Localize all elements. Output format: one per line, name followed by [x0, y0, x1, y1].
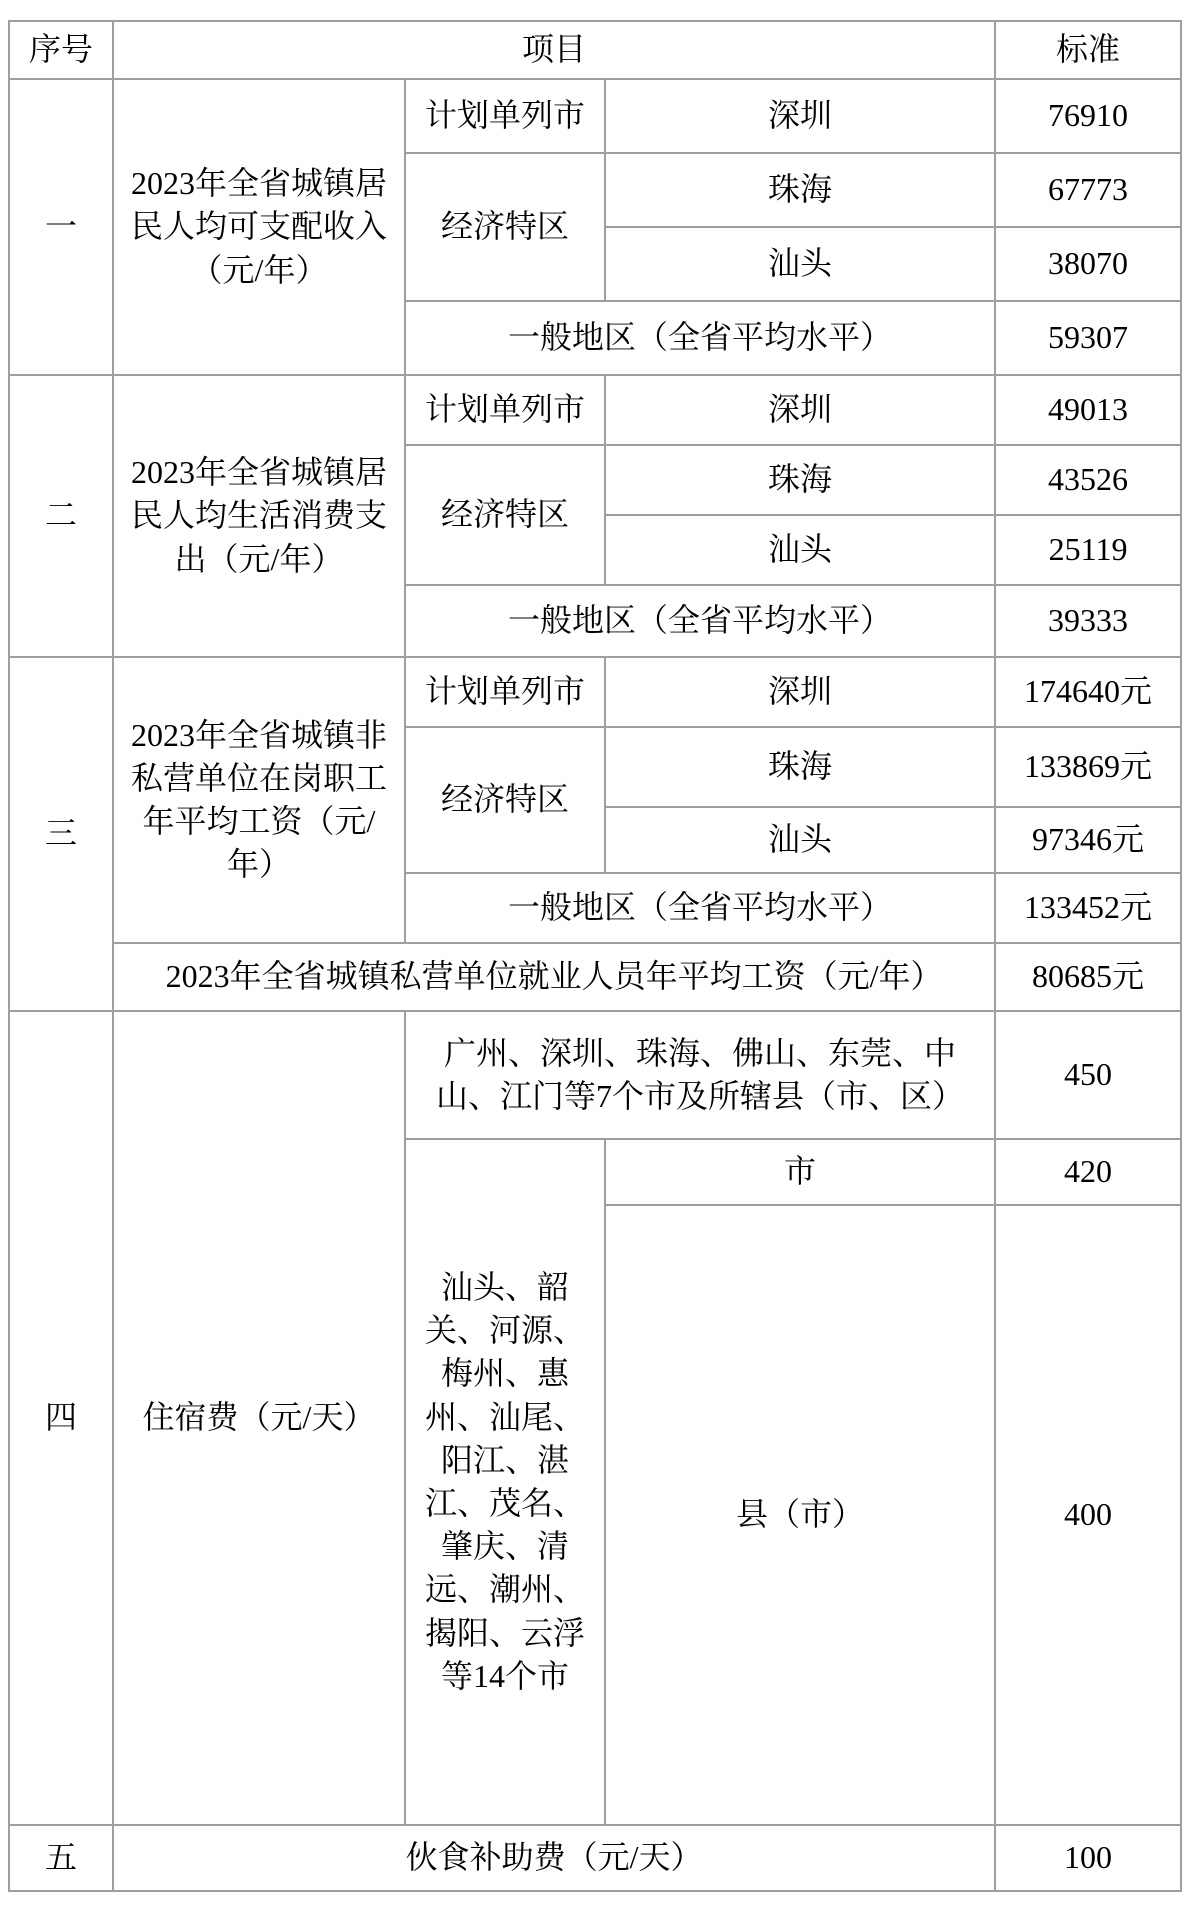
section3-city-shenzhen: 深圳: [605, 657, 995, 727]
section4-tier1-cities: 广州、深圳、珠海、佛山、东莞、中 山、江门等7个市及所辖县（市、区）: [405, 1011, 995, 1139]
section3-desc: 2023年全省城镇非 私营单位在岗职工 年平均工资（元/ 年）: [113, 657, 405, 943]
header-row: 序号 项目 标准: [9, 21, 1181, 79]
section5-meal-subsidy: 伙食补助费（元/天）: [113, 1825, 995, 1891]
section2-desc: 2023年全省城镇居 民人均生活消费支 出（元/年）: [113, 375, 405, 657]
table-row: 四 住宿费（元/天） 广州、深圳、珠海、佛山、东莞、中 山、江门等7个市及所辖县…: [9, 1011, 1181, 1139]
section3-value-shenzhen: 174640元: [995, 657, 1181, 727]
section2-general-area: 一般地区（全省平均水平）: [405, 585, 995, 657]
section4-no: 四: [9, 1011, 113, 1825]
section4-sub-city: 市: [605, 1139, 995, 1205]
header-no: 序号: [9, 21, 113, 79]
section4-tier2-cities: 汕头、韶 关、河源、 梅州、惠 州、汕尾、 阳江、湛 江、茂名、 肇庆、清 远、…: [405, 1139, 605, 1825]
section3-sub-plancity: 计划单列市: [405, 657, 605, 727]
section3-value-shantou: 97346元: [995, 807, 1181, 873]
section2-city-shenzhen: 深圳: [605, 375, 995, 445]
section3-city-shantou: 汕头: [605, 807, 995, 873]
section3-city-zhuhai: 珠海: [605, 727, 995, 807]
section3-value-general: 133452元: [995, 873, 1181, 943]
section4-value-county: 400: [995, 1205, 1181, 1825]
section3-private-sector-row: 2023年全省城镇私营单位就业人员年平均工资（元/年）: [113, 943, 995, 1011]
section2-sub-sez: 经济特区: [405, 445, 605, 585]
table-row: 五 伙食补助费（元/天） 100: [9, 1825, 1181, 1891]
section1-city-shantou: 汕头: [605, 227, 995, 301]
section1-desc: 2023年全省城镇居 民人均可支配收入 （元/年）: [113, 79, 405, 375]
section1-value-shenzhen: 76910: [995, 79, 1181, 153]
section1-no: 一: [9, 79, 113, 375]
section2-city-zhuhai: 珠海: [605, 445, 995, 515]
standards-table: 序号 项目 标准 一 2023年全省城镇居 民人均可支配收入 （元/年） 计划单…: [8, 20, 1182, 1892]
table-row: 2023年全省城镇私营单位就业人员年平均工资（元/年） 80685元: [9, 943, 1181, 1011]
section3-no: 三: [9, 657, 113, 1011]
table-row: 二 2023年全省城镇居 民人均生活消费支 出（元/年） 计划单列市 深圳 49…: [9, 375, 1181, 445]
section2-value-shantou: 25119: [995, 515, 1181, 585]
section4-value-tier1: 450: [995, 1011, 1181, 1139]
section4-value-city: 420: [995, 1139, 1181, 1205]
section3-value-private: 80685元: [995, 943, 1181, 1011]
table-row: 三 2023年全省城镇非 私营单位在岗职工 年平均工资（元/ 年） 计划单列市 …: [9, 657, 1181, 727]
table-row: 一 2023年全省城镇居 民人均可支配收入 （元/年） 计划单列市 深圳 769…: [9, 79, 1181, 153]
section4-sub-county: 县（市）: [605, 1205, 995, 1825]
section3-general-area: 一般地区（全省平均水平）: [405, 873, 995, 943]
section5-no: 五: [9, 1825, 113, 1891]
section2-value-zhuhai: 43526: [995, 445, 1181, 515]
section5-value: 100: [995, 1825, 1181, 1891]
section2-sub-plancity: 计划单列市: [405, 375, 605, 445]
section1-value-zhuhai: 67773: [995, 153, 1181, 227]
section1-sub-plancity: 计划单列市: [405, 79, 605, 153]
section2-value-general: 39333: [995, 585, 1181, 657]
section4-desc: 住宿费（元/天）: [113, 1011, 405, 1825]
section2-city-shantou: 汕头: [605, 515, 995, 585]
section1-city-shenzhen: 深圳: [605, 79, 995, 153]
section1-value-general: 59307: [995, 301, 1181, 375]
header-item: 项目: [113, 21, 995, 79]
section1-value-shantou: 38070: [995, 227, 1181, 301]
header-standard: 标准: [995, 21, 1181, 79]
section3-sub-sez: 经济特区: [405, 727, 605, 873]
section1-general-area: 一般地区（全省平均水平）: [405, 301, 995, 375]
section2-value-shenzhen: 49013: [995, 375, 1181, 445]
section2-no: 二: [9, 375, 113, 657]
section1-city-zhuhai: 珠海: [605, 153, 995, 227]
section3-value-zhuhai: 133869元: [995, 727, 1181, 807]
section1-sub-sez: 经济特区: [405, 153, 605, 301]
